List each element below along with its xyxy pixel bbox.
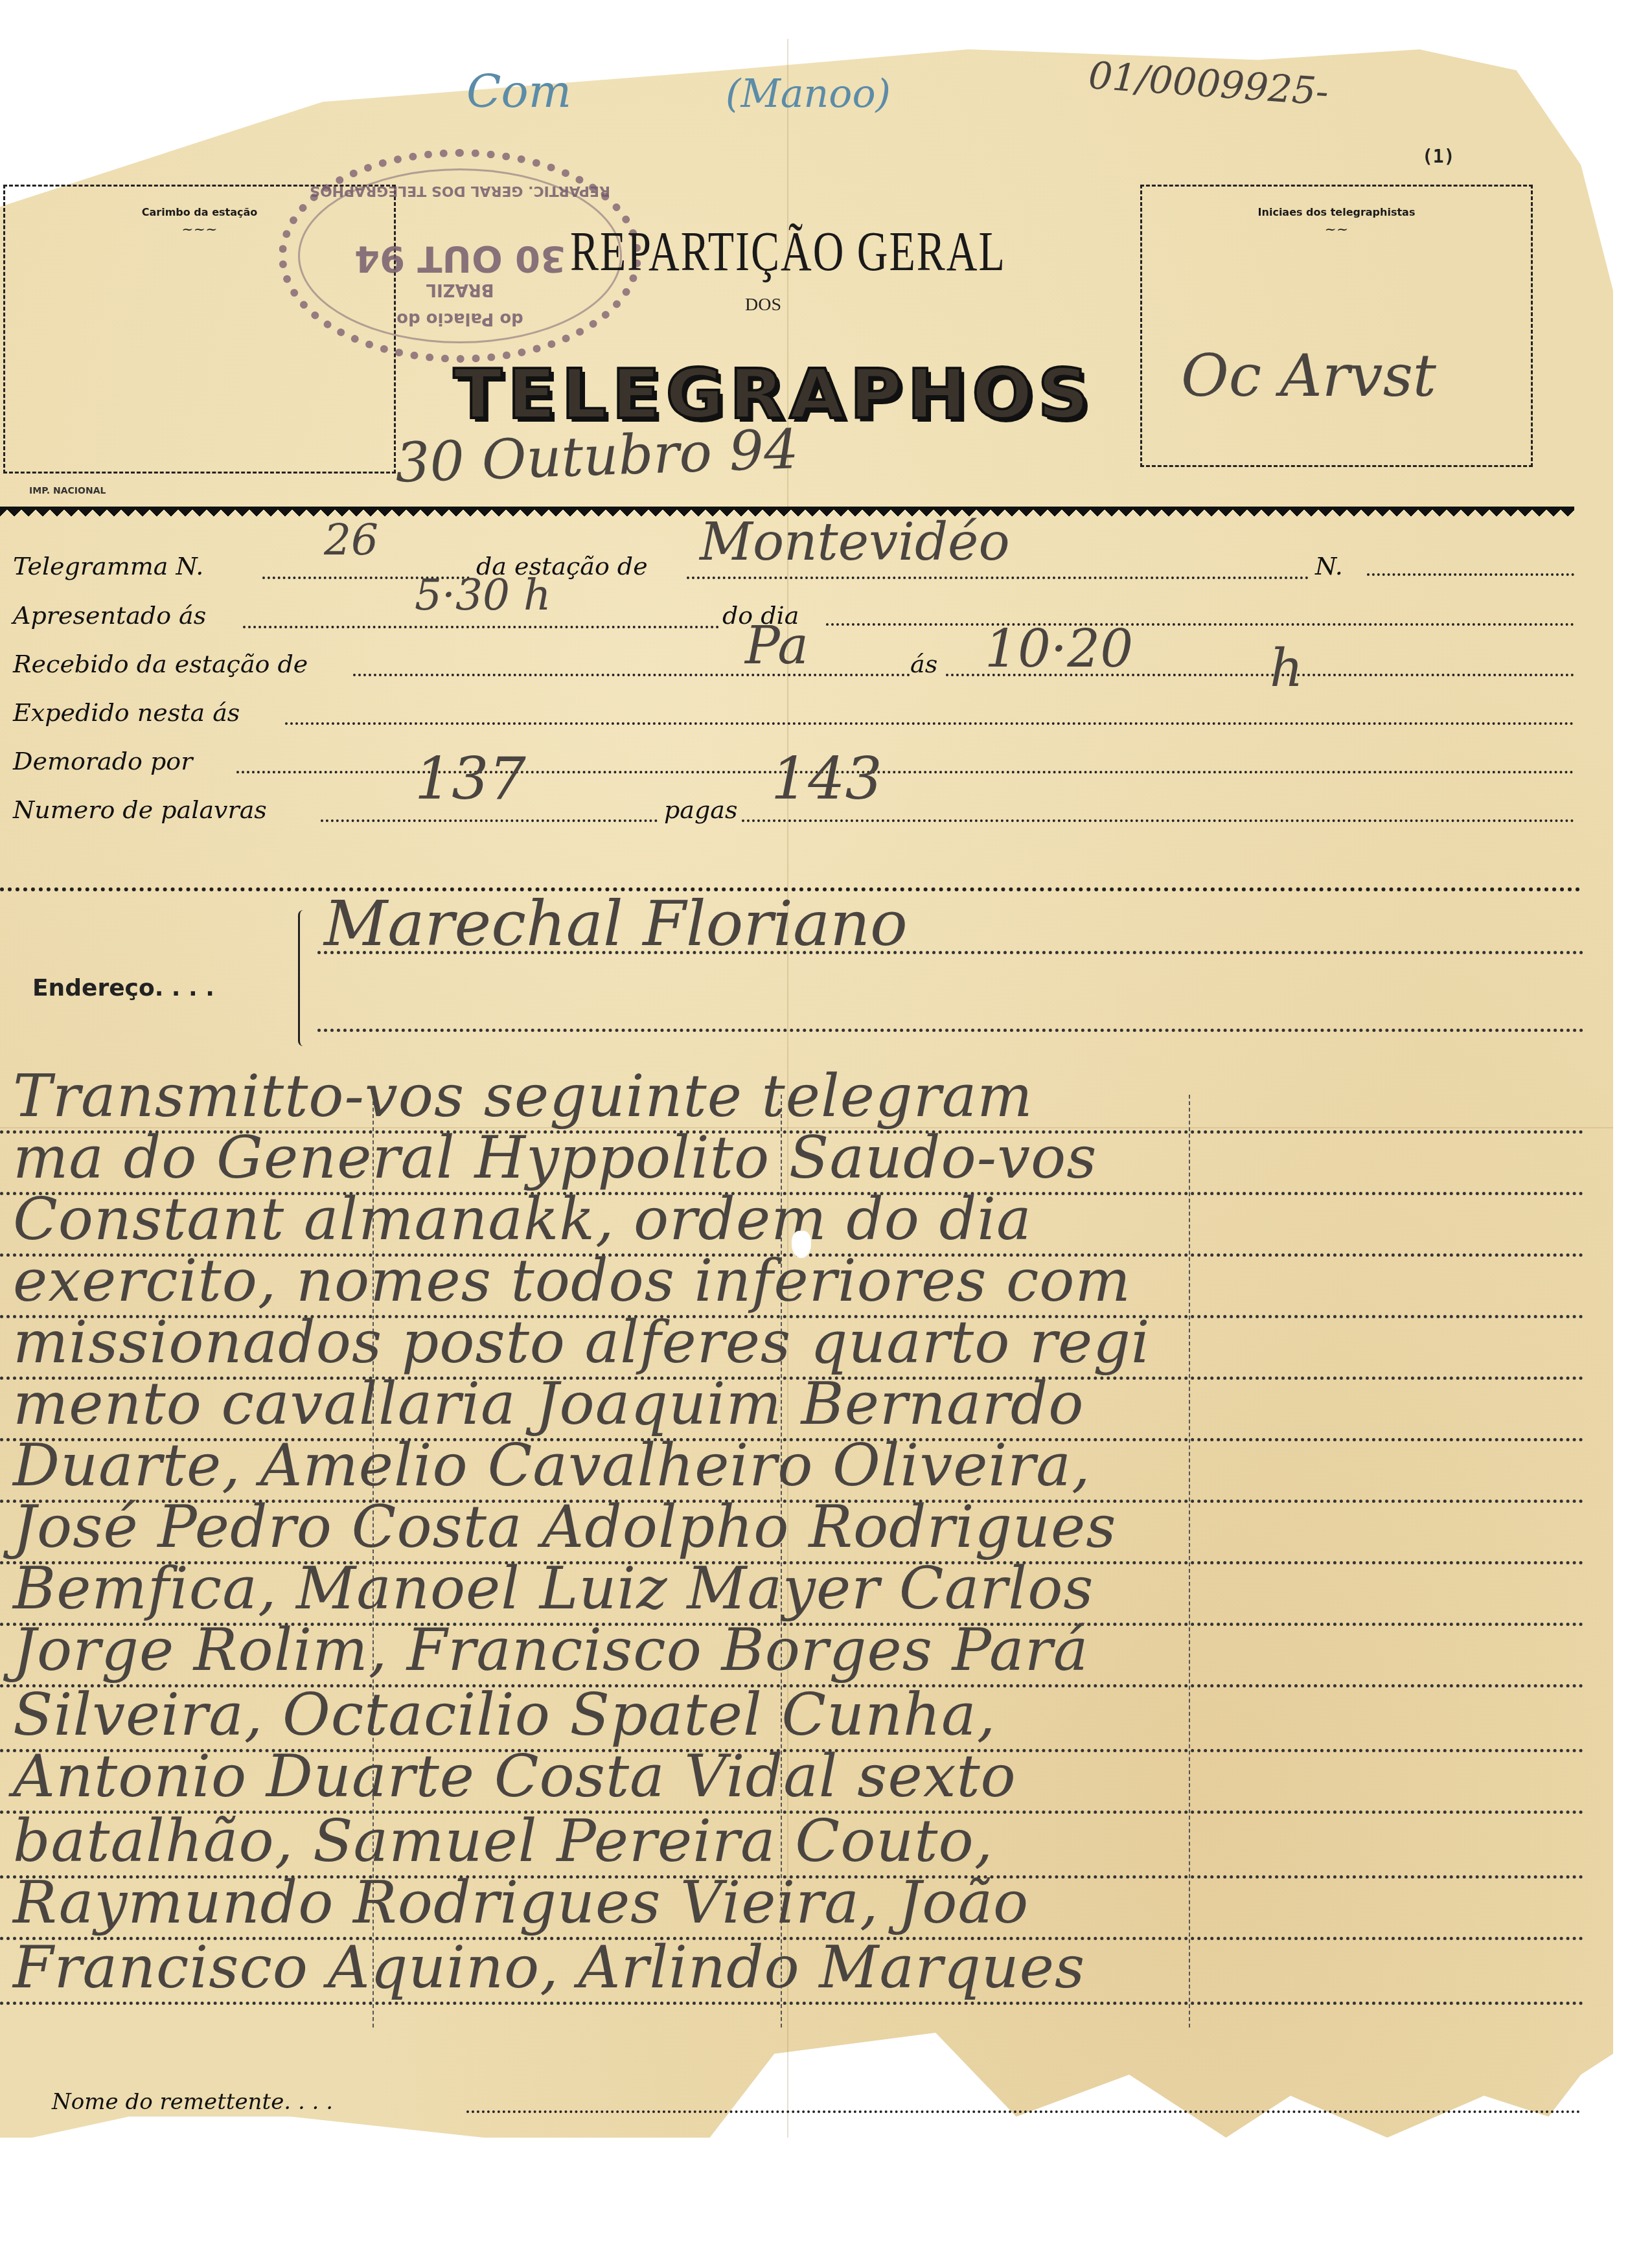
message-line: ma do General Hyppolito Saudo-vos [13, 1124, 1097, 1192]
message-line: missionados posto alferes quarto regi [13, 1308, 1151, 1377]
recebido-label: Recebido da estação de [13, 650, 308, 678]
palavras-line [321, 819, 658, 822]
message-line: Silveira, Octacilio Spatel Cunha, [13, 1681, 996, 1749]
expedido-line [285, 722, 1574, 725]
address-line-1 [317, 951, 1584, 954]
message-line: mento cavallaria Joaquim Bernardo [13, 1370, 1084, 1438]
telegraphist-initials-box: Iniciaes dos telegraphistas ~~ Oc Arvst [1140, 185, 1533, 467]
palavras-value: 137 [415, 745, 526, 813]
pagas-label: pagas [664, 795, 737, 824]
paper-hole [792, 1231, 811, 1258]
sender-line [466, 2110, 1581, 2113]
pagas-value: 143 [771, 745, 882, 813]
address-line-2 [317, 1029, 1584, 1032]
printer-credit: IMP. NACIONAL [29, 486, 106, 496]
postmark-bottom-text: REPARTIC. GERAL DOS TELEGRAPHOS [286, 183, 634, 199]
sender-label: Nome do remettente. . . . [52, 2089, 333, 2115]
recebido-as-label: ás [910, 650, 937, 678]
message-line: José Pedro Costa Adolpho Rodrigues [13, 1493, 1117, 1561]
address-label: Endereço. . . . [32, 975, 214, 1001]
apresentado-line [243, 626, 719, 628]
demorado-label: Demorado por [13, 747, 192, 775]
numero-label: N. [1315, 552, 1343, 580]
blue-pencil-note-2: (Manoo) [726, 71, 891, 117]
expedido-label: Expedido nesta ás [13, 698, 240, 727]
recebido-hour-suffix: h [1270, 638, 1303, 698]
address-brace [298, 910, 309, 1046]
message-line: Bemfica, Manoel Luiz Mayer Carlos [13, 1555, 1094, 1623]
header-title-line1: REPARTIÇÃO GERAL [570, 220, 1006, 284]
apresentado-label: Apresentado ás [13, 601, 206, 630]
telegraphist-initials-label: Iniciaes dos telegraphistas [1142, 206, 1531, 218]
header-title-line2: DOS [745, 295, 781, 315]
estacao-line [687, 577, 1309, 579]
recebido-line [353, 674, 910, 676]
message-line: Antonio Duarte Costa Vidal sexto [13, 1742, 1016, 1811]
palavras-label: Numero de palavras [13, 795, 267, 824]
telegramma-value: 26 [324, 515, 378, 565]
apresentado-value: 5·30 h [415, 570, 551, 620]
message-line: Duarte, Amelio Cavalheiro Oliveira, [13, 1432, 1091, 1500]
message-rule [0, 2002, 1584, 2005]
tilde-ornament: ~~ [1142, 222, 1531, 238]
address-value: Marechal Floriano [324, 887, 908, 960]
message-line: Transmitto-vos seguinte telegram [13, 1062, 1033, 1130]
message-line: Constant almanakk, ordem do dia [13, 1185, 1032, 1253]
numero-line [1367, 573, 1574, 576]
postmark-top-text: do Palacio do [286, 309, 634, 328]
blue-pencil-note-1: Com [466, 65, 571, 118]
pagas-line [742, 819, 1574, 822]
message-line: Jorge Rolim, Francisco Borges Pará [13, 1616, 1088, 1684]
page-number: (1) [1422, 146, 1455, 167]
telegraphist-initials-signature: Oc Arvst [1181, 342, 1436, 410]
recebido-value: Pa [745, 615, 809, 676]
message-line: batalhão, Samuel Pereira Couto, [13, 1807, 993, 1875]
telegramma-label: Telegramma N. [13, 552, 203, 580]
recebido-as-value: 10·20 [985, 619, 1133, 679]
message-line: Raymundo Rodrigues Vieira, João [13, 1869, 1029, 1937]
estacao-value: Montevidéo [700, 512, 1010, 572]
message-line: exercito, nomes todos inferiores com [13, 1247, 1131, 1315]
dia-line [826, 623, 1574, 626]
message-line: Francisco Aquino, Arlindo Marques [13, 1934, 1085, 2002]
